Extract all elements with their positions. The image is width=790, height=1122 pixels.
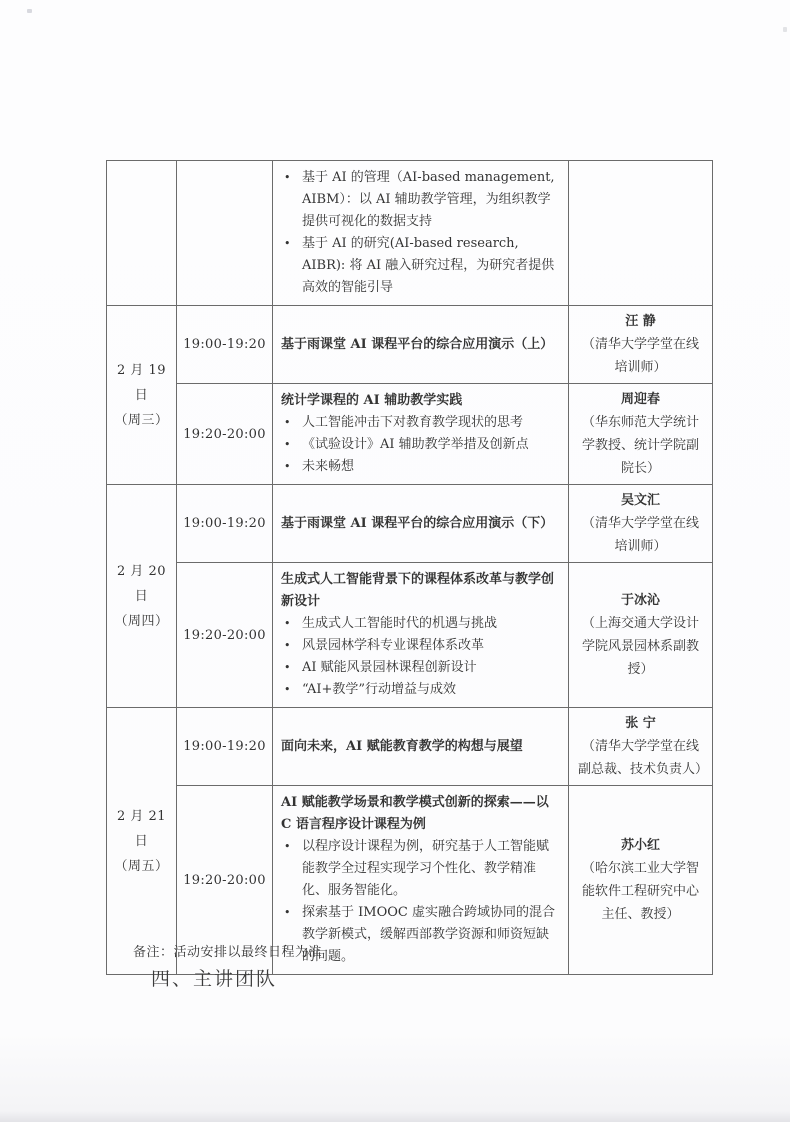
weekday-text: （周四） — [114, 614, 168, 629]
bullet-dot: • — [281, 902, 302, 924]
date-text: 2 月 21 日 — [117, 809, 166, 849]
session-content: 基于雨课堂 AI 课程平台的综合应用演示（下） — [273, 485, 569, 563]
speaker-name: 周迎春 — [578, 388, 703, 411]
bullet-list: • 人工智能冲击下对教育教学现状的思考 • 《试验设计》AI 辅助教学举措及创新… — [281, 412, 560, 478]
bullet-item: • 以程序设计课程为例，研究基于人工智能赋能教学全过程实现学习个性化、教学精准化… — [281, 836, 560, 902]
speaker-name: 张 宁 — [578, 712, 703, 735]
time-cell: 19:20-20:00 — [177, 563, 273, 708]
date-cell-empty — [107, 161, 177, 306]
speaker-name: 于冰沁 — [578, 589, 703, 612]
table-row: 2 月 19 日 （周三） 19:00-19:20 基于雨课堂 AI 课程平台的… — [107, 306, 713, 384]
bullet-text: 风景园林学科专业课程体系改革 — [302, 635, 560, 657]
session-title: 统计学课程的 AI 辅助教学实践 — [281, 393, 462, 408]
session-content: 基于雨课堂 AI 课程平台的综合应用演示（上） — [273, 306, 569, 384]
session-title: 生成式人工智能背景下的课程体系改革与教学创新设计 — [281, 572, 554, 609]
bullet-text: 生成式人工智能时代的机遇与挑战 — [302, 613, 560, 635]
bullet-dot: • — [281, 613, 302, 635]
speaker-name: 苏小红 — [578, 834, 703, 857]
session-content: 统计学课程的 AI 辅助教学实践 • 人工智能冲击下对教育教学现状的思考 • 《… — [273, 384, 569, 485]
session-title: 面向未来，AI 赋能教育教学的构想与展望 — [281, 739, 523, 754]
note-line: 备注：活动安排以最终日程为准 — [133, 941, 322, 960]
bullet-item: • 《试验设计》AI 辅助教学举措及创新点 — [281, 434, 560, 456]
session-title: AI 赋能教学场景和教学模式创新的探索——以 C 语言程序设计课程为例 — [281, 795, 549, 832]
speaker-affiliation: （哈尔滨工业大学智能软件工程研究中心主任、教授） — [578, 857, 703, 926]
bullet-item: • 未来畅想 — [281, 456, 560, 478]
bullet-text: 以程序设计课程为例，研究基于人工智能赋能教学全过程实现学习个性化、教学精准化、服… — [302, 836, 560, 902]
weekday-text: （周三） — [114, 413, 168, 428]
bullet-dot: • — [281, 836, 302, 858]
speaker-cell: 周迎春 （华东师范大学统计学教授、统计学院副院长） — [569, 384, 713, 485]
section-heading: 四、主讲团队 — [151, 964, 277, 991]
weekday-text: （周五） — [114, 859, 168, 874]
speaker-affiliation: （清华大学学堂在线副总裁、技术负责人） — [578, 735, 703, 781]
time-cell: 19:00-19:20 — [177, 306, 273, 384]
bullet-text: 未来畅想 — [302, 456, 560, 478]
scanned-page: • 基于 AI 的管理（AI-based management, AIBM）：以… — [0, 0, 790, 1122]
bullet-dot: • — [281, 657, 302, 679]
speaker-cell: 汪 静 （清华大学学堂在线培训师） — [569, 306, 713, 384]
speaker-cell: 张 宁 （清华大学学堂在线副总裁、技术负责人） — [569, 708, 713, 786]
bullet-dot: • — [281, 635, 302, 657]
note-label: 备注： — [133, 945, 174, 960]
bullet-text: 人工智能冲击下对教育教学现状的思考 — [302, 412, 560, 434]
date-text: 2 月 20 日 — [117, 564, 166, 604]
date-text: 2 月 19 日 — [117, 363, 166, 403]
speaker-affiliation: （华东师范大学统计学教授、统计学院副院长） — [578, 411, 703, 480]
speaker-cell: 吴文汇 （清华大学学堂在线培训师） — [569, 485, 713, 563]
table-row: 2 月 21 日 （周五） 19:00-19:20 面向未来，AI 赋能教育教学… — [107, 708, 713, 786]
date-cell-feb21: 2 月 21 日 （周五） — [107, 708, 177, 975]
note-text: 活动安排以最终日程为准 — [174, 945, 323, 960]
speaker-name: 吴文汇 — [578, 489, 703, 512]
speaker-name: 汪 静 — [578, 310, 703, 333]
bullet-item: • “AI+教学”行动增益与成效 — [281, 679, 560, 701]
bullet-item: • 风景园林学科专业课程体系改革 — [281, 635, 560, 657]
scan-artifact-speck — [27, 9, 32, 13]
bullet-item: • 人工智能冲击下对教育教学现状的思考 — [281, 412, 560, 434]
bullet-item: • 生成式人工智能时代的机遇与挑战 — [281, 613, 560, 635]
bullet-dot: • — [281, 233, 302, 255]
table-row: 19:20-20:00 统计学课程的 AI 辅助教学实践 • 人工智能冲击下对教… — [107, 384, 713, 485]
bullet-text: 探索基于 IMOOC 虚实融合跨域协同的混合教学新模式，缓解西部教学资源和师资短… — [302, 902, 560, 968]
time-cell-empty — [177, 161, 273, 306]
bullet-text: AI 赋能风景园林课程创新设计 — [302, 657, 560, 679]
speaker-affiliation: （清华大学学堂在线培训师） — [578, 512, 703, 558]
table-row: 2 月 20 日 （周四） 19:00-19:20 基于雨课堂 AI 课程平台的… — [107, 485, 713, 563]
bullet-list: • 以程序设计课程为例，研究基于人工智能赋能教学全过程实现学习个性化、教学精准化… — [281, 836, 560, 968]
speaker-cell: 苏小红 （哈尔滨工业大学智能软件工程研究中心主任、教授） — [569, 786, 713, 975]
time-cell: 19:20-20:00 — [177, 384, 273, 485]
session-title: 基于雨课堂 AI 课程平台的综合应用演示（下） — [281, 516, 553, 531]
session-content: 面向未来，AI 赋能教育教学的构想与展望 — [273, 708, 569, 786]
schedule-table: • 基于 AI 的管理（AI-based management, AIBM）：以… — [106, 160, 713, 975]
bullet-text: “AI+教学”行动增益与成效 — [302, 679, 560, 701]
speaker-cell-empty — [569, 161, 713, 306]
table-row: • 基于 AI 的管理（AI-based management, AIBM）：以… — [107, 161, 713, 306]
bullet-item: • 基于 AI 的管理（AI-based management, AIBM）：以… — [281, 167, 560, 233]
table-row: 19:20-20:00 生成式人工智能背景下的课程体系改革与教学创新设计 • 生… — [107, 563, 713, 708]
speaker-affiliation: （清华大学学堂在线培训师） — [578, 333, 703, 379]
date-cell-feb19: 2 月 19 日 （周三） — [107, 306, 177, 485]
bullet-text: 基于 AI 的研究(AI-based research, AIBR): 将 AI… — [302, 233, 560, 299]
speaker-cell: 于冰沁 （上海交通大学设计学院风景园林系副教授） — [569, 563, 713, 708]
time-cell: 19:00-19:20 — [177, 485, 273, 563]
speaker-affiliation: （上海交通大学设计学院风景园林系副教授） — [578, 612, 703, 681]
bullet-dot: • — [281, 412, 302, 434]
session-content-continuation: • 基于 AI 的管理（AI-based management, AIBM）：以… — [273, 161, 569, 306]
bullet-item: • 基于 AI 的研究(AI-based research, AIBR): 将 … — [281, 233, 560, 299]
time-cell: 19:00-19:20 — [177, 708, 273, 786]
bullet-list: • 基于 AI 的管理（AI-based management, AIBM）：以… — [281, 167, 560, 299]
scan-artifact-speck — [783, 27, 787, 32]
bullet-text: 《试验设计》AI 辅助教学举措及创新点 — [302, 434, 560, 456]
bullet-item: • AI 赋能风景园林课程创新设计 — [281, 657, 560, 679]
bullet-dot: • — [281, 167, 302, 189]
bullet-list: • 生成式人工智能时代的机遇与挑战 • 风景园林学科专业课程体系改革 • AI … — [281, 613, 560, 701]
bullet-dot: • — [281, 456, 302, 478]
bullet-dot: • — [281, 434, 302, 456]
bullet-text: 基于 AI 的管理（AI-based management, AIBM）：以 A… — [302, 167, 560, 233]
date-cell-feb20: 2 月 20 日 （周四） — [107, 485, 177, 708]
session-content: 生成式人工智能背景下的课程体系改革与教学创新设计 • 生成式人工智能时代的机遇与… — [273, 563, 569, 708]
bullet-item: • 探索基于 IMOOC 虚实融合跨域协同的混合教学新模式，缓解西部教学资源和师… — [281, 902, 560, 968]
bullet-dot: • — [281, 679, 302, 701]
session-title: 基于雨课堂 AI 课程平台的综合应用演示（上） — [281, 337, 553, 352]
